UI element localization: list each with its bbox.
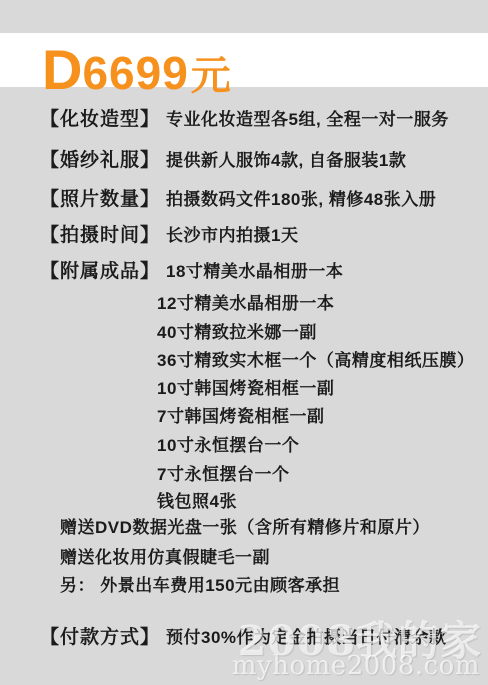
price-banner: D 6699 元 [0, 33, 488, 87]
section-content: 预付30%作为定金拍摄当日付清余款 [166, 623, 447, 648]
wedding-package-price-flyer: D 6699 元 【化妆造型】 专业化妆造型各5组, 全程一对一服务 【婚纱礼服… [0, 0, 488, 685]
section-label: 【付款方式】 [40, 622, 160, 649]
section-label: 【拍摄时间】 [40, 220, 160, 247]
section-content: 长沙市内拍摄1天 [166, 221, 298, 246]
price-amount: 6699 [82, 46, 188, 100]
section-label: 【婚纱礼服】 [40, 145, 160, 172]
section-content: 18寸精美水晶相册一本 [166, 257, 343, 282]
bonus-note: 赠送DVD数据光盘一张（含所有精修片和原片） [60, 513, 430, 538]
row-makeup-styling: 【化妆造型】 专业化妆造型各5组, 全程一对一服务 [40, 104, 449, 131]
extra-fee-note: 另： 外景出车费用150元由顾客承担 [60, 571, 340, 596]
deliverable-item: 7寸韩国烤瓷相框一副 [157, 402, 324, 427]
deliverable-item: 36寸精致实木框一个（高精度相纸压膜） [157, 346, 474, 371]
deliverable-item: 钱包照4张 [157, 487, 237, 512]
section-label: 【附属成品】 [40, 256, 160, 283]
section-label: 【照片数量】 [40, 184, 160, 211]
section-content: 提供新人服饰4款, 自备服装1款 [166, 146, 406, 171]
row-photo-count: 【照片数量】 拍摄数码文件180张, 精修48张入册 [40, 184, 436, 211]
section-content: 拍摄数码文件180张, 精修48张入册 [166, 185, 436, 210]
section-label: 【化妆造型】 [40, 104, 160, 131]
bonus-note: 赠送化妆用仿真假睫毛一副 [60, 543, 270, 568]
row-payment-method: 【付款方式】 预付30%作为定金拍摄当日付清余款 [40, 622, 447, 649]
price-currency-unit: 元 [191, 44, 231, 101]
row-wedding-dress: 【婚纱礼服】 提供新人服饰4款, 自备服装1款 [40, 145, 406, 172]
deliverable-item: 10寸韩国烤瓷相框一副 [157, 374, 334, 399]
row-shoot-time: 【拍摄时间】 长沙市内拍摄1天 [40, 220, 298, 247]
deliverable-item: 12寸精美水晶相册一本 [157, 289, 334, 314]
watermark-site-url: myhome2008.com [232, 651, 480, 681]
row-deliverables: 【附属成品】 18寸精美水晶相册一本 [40, 256, 343, 283]
deliverable-item: 7寸永恒摆台一个 [157, 460, 289, 485]
deliverable-item: 10寸永恒摆台一个 [157, 431, 299, 456]
deliverable-item: 40寸精致拉米娜一副 [157, 318, 317, 343]
section-content: 专业化妆造型各5组, 全程一对一服务 [166, 105, 449, 130]
package-code: D [42, 27, 82, 114]
package-price: D 6699 元 [42, 27, 231, 114]
